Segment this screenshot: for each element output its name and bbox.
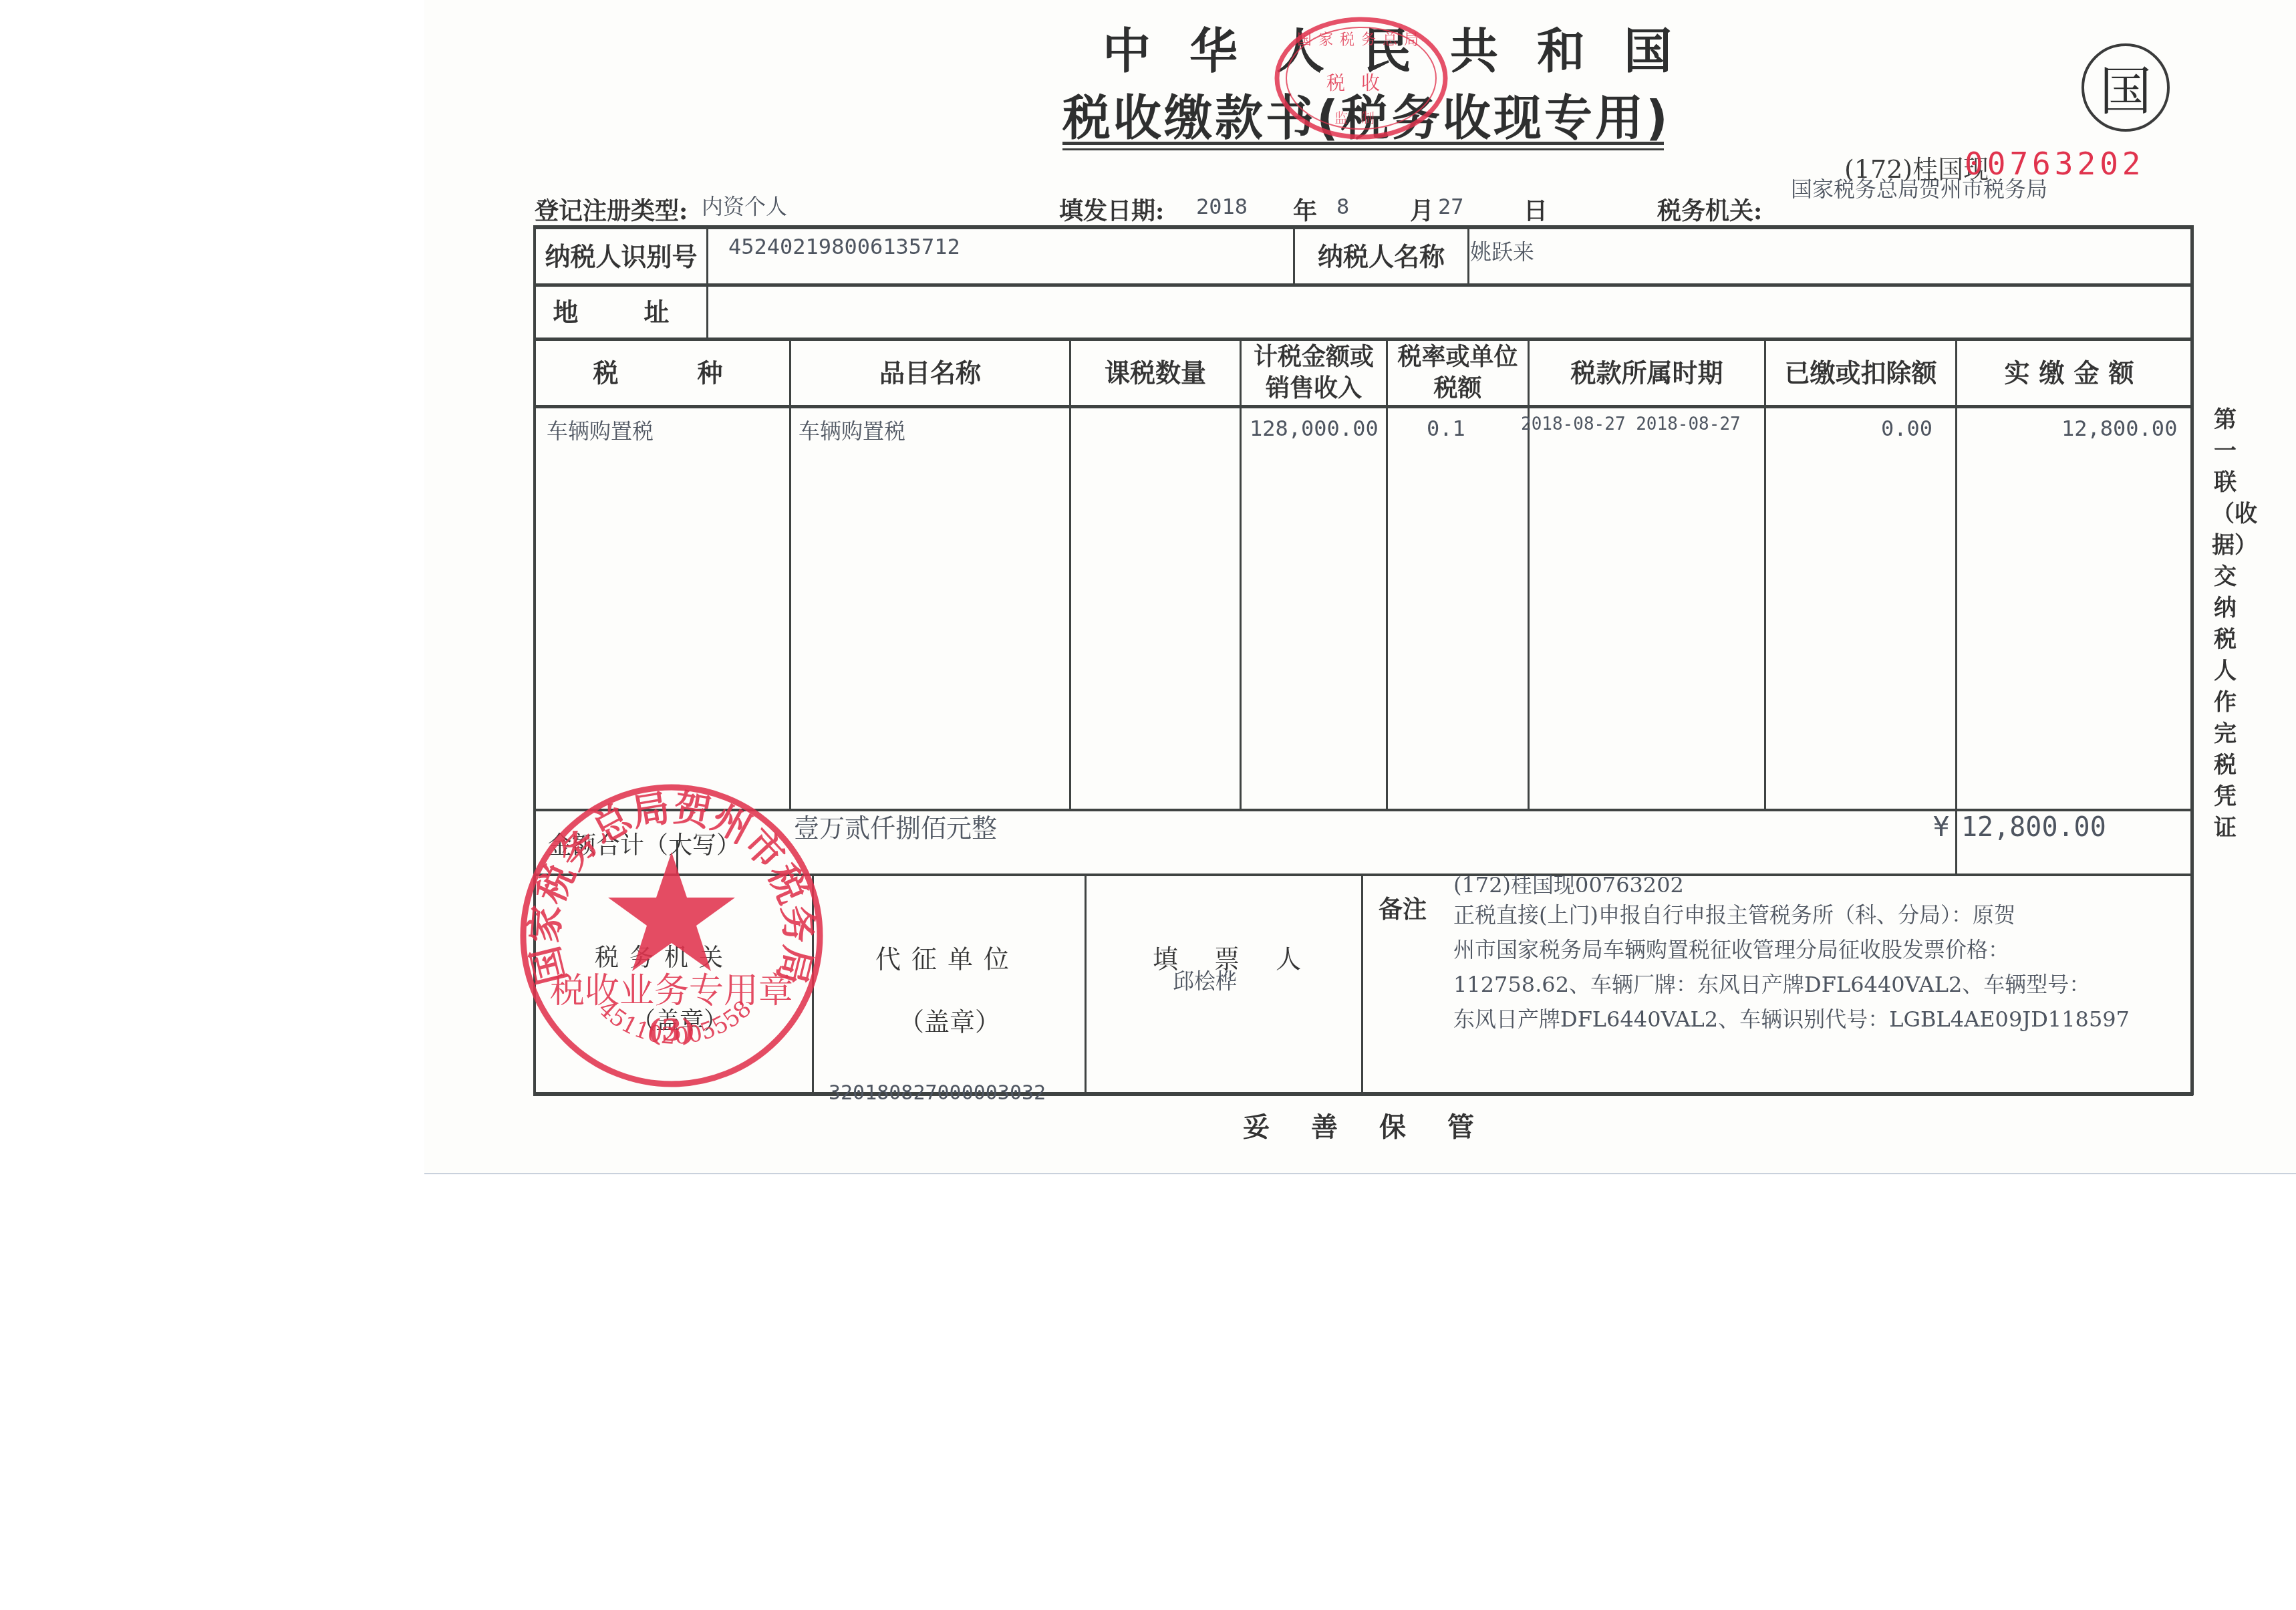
actual-paid-header: 实缴金额 [1957, 341, 2190, 405]
currency-symbol: ¥ [1933, 812, 1949, 843]
copy-designation-note: 第一联（收据）交纳税人作完税凭证 [2212, 404, 2239, 844]
svg-text:税收: 税收 [1326, 72, 1396, 94]
col-divider [1361, 876, 1363, 1094]
quantity-header: 课税数量 [1071, 341, 1240, 405]
col-divider [789, 340, 791, 810]
svg-text:国家税务总局: 国家税务总局 [1297, 31, 1425, 48]
table-border-right [2190, 225, 2194, 1095]
scan-background-bottom [424, 1173, 2296, 1610]
keep-safely-note: 妥善保管 [1243, 1106, 1516, 1144]
taxpayer-name-value: 姚跃来 [1470, 235, 1534, 266]
taxpayer-id-value: 452402198006135712 [728, 234, 960, 259]
col-divider [706, 227, 708, 340]
taxable-amount-header: 计税金额或销售收入 [1242, 341, 1386, 405]
remarks-line: 正税直接(上门)申报自行申报主管税务所（科、分局）：原贺 [1453, 898, 2175, 932]
tax-period-header: 税款所属时期 [1530, 341, 1764, 405]
tax-period-cell: 2018-08-27 2018-08-27 [1521, 414, 1741, 434]
remarks-line: (172)桂国现00763202 [1453, 872, 2175, 898]
taxable-amount-cell: 128,000.00 [1250, 416, 1379, 441]
remarks-line: 112758.62、车辆厂牌：东风日产牌DFL6440VAL2、车辆型号： [1453, 967, 2175, 1002]
issue-year: 2018 [1196, 194, 1248, 219]
tax-rate-header: 税率或单位税额 [1388, 341, 1528, 405]
col-divider [1955, 340, 1957, 876]
tax-type-header: 税 种 [536, 341, 789, 405]
remarks-line: 州市国家税务局车辆购置税征收管理分局征收股发票价格： [1453, 932, 2175, 967]
col-divider [1386, 340, 1388, 810]
official-seal-stamp-icon: 国家税务总局贺州市税务局 税收业务专用章 (3) 451102005558 [515, 779, 829, 1093]
year-label: 年 [1293, 192, 1317, 227]
col-divider [1764, 340, 1766, 810]
agent-seal-hint: （盖章） [899, 1001, 1000, 1038]
issue-date-label: 填发日期: [1059, 192, 1164, 227]
paid-deducted-header: 已缴或扣除额 [1766, 341, 1955, 405]
taxpayer-id-label: 纳税人识别号 [536, 229, 706, 283]
paid-deducted-cell: 0.00 [1881, 416, 1932, 441]
issue-day: 27 [1438, 194, 1464, 219]
tax-office-value: 国家税务总局贺州市税务局 [1791, 172, 2047, 203]
tax-rate-cell: 0.1 [1427, 416, 1465, 441]
item-name-cell: 车辆购置税 [799, 414, 905, 445]
title-underline-secondary [1062, 148, 1664, 150]
col-divider [1085, 876, 1087, 1094]
title-underline [1062, 142, 1664, 145]
agent-unit-label: 代征单位 [875, 938, 1020, 975]
actual-paid-cell: 12,800.00 [2061, 416, 2177, 441]
remarks-line: 东风日产牌DFL6440VAL2、车辆识别代号：LGBL4AE09JD11859… [1453, 1002, 2175, 1037]
month-label: 月 [1410, 192, 1434, 227]
item-name-header: 品目名称 [791, 341, 1069, 405]
row-divider [533, 405, 2193, 408]
supervision-stamp-icon: 国家税务总局 税收 监制 [1273, 15, 1450, 142]
col-divider [1240, 340, 1242, 810]
issuer-name: 邱桧桦 [1173, 964, 1237, 995]
row-divider [533, 283, 2193, 287]
voucher-number: 320180827000003032 [829, 1081, 1046, 1105]
remarks-text: (172)桂国现00763202 正税直接(上门)申报自行申报主管税务所（科、分… [1453, 872, 2175, 1037]
total-amount: 12,800.00 [1961, 812, 2106, 843]
scan-background-left [0, 0, 424, 1610]
svg-text:监制: 监制 [1334, 110, 1388, 126]
remarks-label: 备注 [1379, 891, 1427, 925]
national-tax-mark-icon: 国 [2082, 43, 2170, 132]
tax-type-cell: 车辆购置税 [547, 414, 654, 445]
registration-type-label: 登记注册类型: [535, 192, 688, 227]
col-divider [1069, 340, 1071, 810]
svg-text:税收业务专用章: 税收业务专用章 [550, 971, 793, 1011]
col-divider [1528, 340, 1530, 810]
address-label: 地 址 [536, 287, 706, 338]
issue-month: 8 [1336, 194, 1349, 219]
day-label: 日 [1524, 192, 1548, 227]
col-divider [1467, 227, 1469, 285]
registration-type-value: 内资个人 [702, 190, 787, 221]
taxpayer-name-label: 纳税人名称 [1295, 229, 1467, 283]
tax-office-label: 税务机关: [1657, 192, 1762, 227]
